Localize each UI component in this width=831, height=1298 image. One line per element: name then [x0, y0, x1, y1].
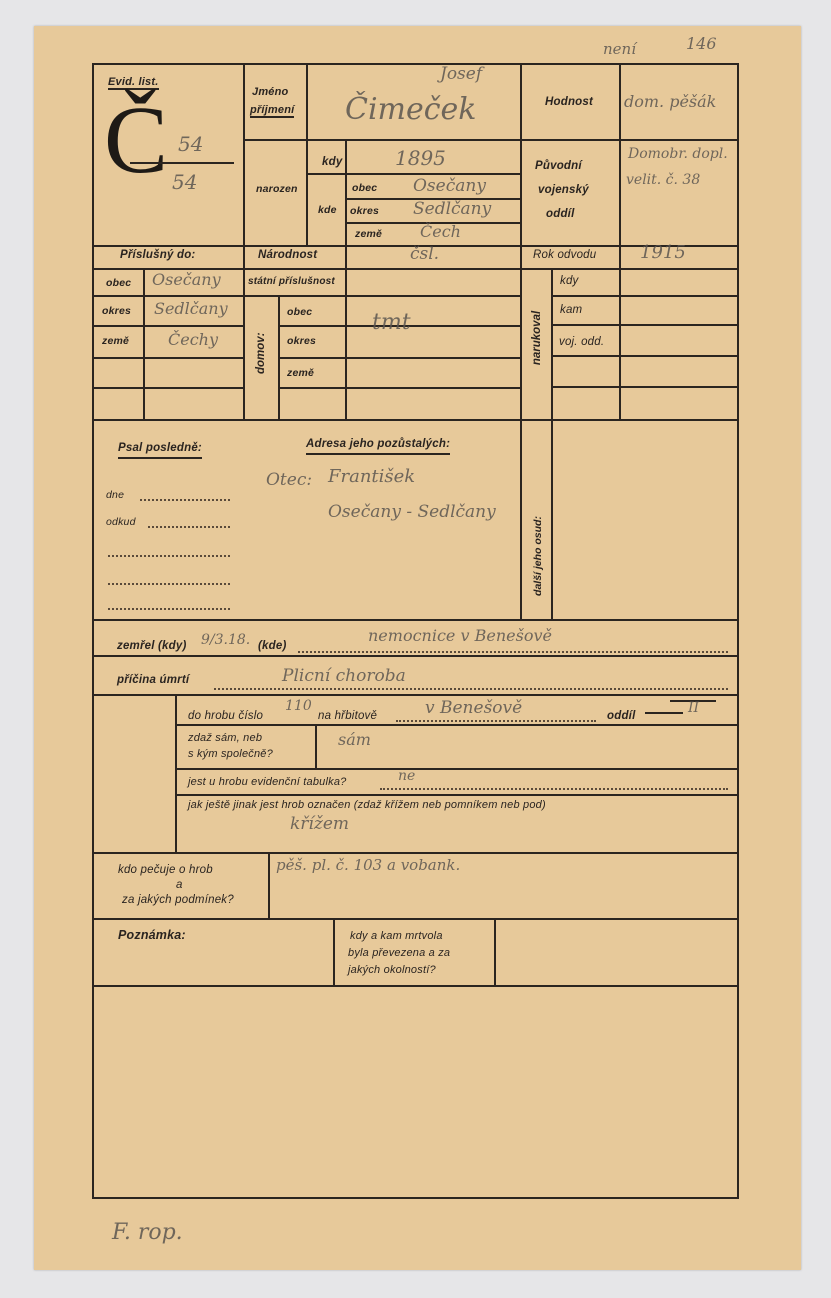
frame-top [92, 63, 739, 65]
frame-left [92, 63, 94, 1199]
tablet-label: jest u hrobu evidenční tabulka? [188, 776, 346, 788]
belonging-okres-value: Sedlčany [154, 299, 228, 318]
divider [345, 245, 347, 419]
died-date-value: 9/3.18. [201, 632, 250, 648]
note-label: Poznámka: [118, 928, 186, 942]
divider [333, 918, 335, 986]
belonging-obec-label: obec [106, 277, 131, 289]
alone-label-2: s kým společně? [188, 748, 273, 760]
last-wrote-date-label: dne [106, 489, 124, 501]
divider [92, 295, 520, 297]
care-label-3: za jakých podmínek? [122, 894, 234, 906]
bottom-note: F. rop. [112, 1220, 183, 1245]
belonging-title: Příslušný do: [120, 249, 195, 261]
section-value: II [688, 700, 699, 716]
care-label-2: a [176, 879, 183, 891]
divider [143, 268, 145, 419]
born-okres-value: Sedlčany [413, 199, 491, 219]
transfer-label-3: jakých okolností? [348, 964, 436, 976]
divider [92, 357, 243, 359]
citizenship-label: státní příslušnost [248, 276, 335, 287]
divider [92, 655, 739, 657]
rank-value: dom. pěšák [624, 92, 716, 111]
fraction-top: 54 [178, 132, 203, 156]
divider [92, 985, 739, 987]
divider [92, 325, 243, 327]
divider [306, 63, 308, 245]
grave-number-label: do hrobu číslo [188, 710, 263, 722]
divider [551, 355, 739, 357]
born-where-label: kde [318, 204, 337, 216]
divider [278, 357, 520, 359]
unit-value-1: Domobr. dopl. [628, 146, 728, 162]
divider [92, 852, 739, 854]
divider [243, 139, 739, 141]
grave-marked-label: jak ještě jinak jest hrob označen (zdaž … [188, 799, 546, 811]
unit-label-3: oddíl [546, 208, 574, 220]
died-where-label: (kde) [258, 640, 286, 652]
cause-label: příčina úmrtí [117, 674, 189, 686]
domov-obec-label: obec [287, 306, 312, 318]
care-label-1: kdo pečuje o hrob [118, 864, 213, 876]
unit-value-2: velit. č. 38 [626, 172, 700, 188]
died-when-label: zemřel (kdy) [117, 640, 187, 652]
dotted-line [396, 720, 596, 722]
dotted-line [214, 688, 728, 690]
domov-okres-label: okres [287, 335, 316, 347]
divider [175, 694, 177, 854]
frame-right [737, 63, 739, 1199]
narukoval-kam-label: kam [560, 304, 582, 316]
born-when-label: kdy [322, 156, 342, 168]
fraction-bottom: 54 [172, 170, 197, 194]
divider [520, 63, 522, 619]
divider [175, 794, 739, 796]
alone-value: sám [338, 730, 371, 749]
registry-letter: Č [104, 92, 168, 188]
unit-label-2: vojenský [538, 184, 589, 196]
unit-label-1: Původní [535, 160, 582, 172]
narukoval-kdy-label: kdy [560, 275, 579, 287]
fate-label: další jeho osud: [532, 506, 544, 606]
nationality-value: čsl. [410, 244, 439, 264]
last-wrote-from-label: odkud [106, 516, 136, 528]
divider [92, 694, 739, 696]
cemetery-value: v Benešově [425, 698, 522, 718]
top-number: 146 [686, 34, 717, 53]
narukoval-unit-label: voj. odd. [559, 336, 604, 348]
transfer-label-1: kdy a kam mrtvola [350, 930, 443, 942]
divider [243, 63, 245, 419]
relatives-title: Adresa jeho pozůstalých: [306, 438, 450, 455]
relative-prefix: Otec: [266, 470, 312, 490]
born-obec-label: obec [352, 182, 377, 194]
divider [92, 918, 739, 920]
divider [175, 768, 739, 770]
last-wrote-title: Psal posledně: [118, 442, 202, 459]
rank-label: Hodnost [545, 96, 593, 108]
relative-address: Osečany - Sedlčany [328, 502, 496, 522]
divider [619, 63, 621, 419]
divider [92, 619, 739, 621]
section-strike [645, 712, 683, 714]
divider [175, 724, 739, 726]
alone-label-1: zdaž sám, neb [188, 732, 262, 744]
born-okres-label: okres [350, 205, 379, 217]
divider [345, 173, 347, 245]
born-obec-value: Osečany [413, 176, 486, 196]
divider [92, 387, 243, 389]
recruit-year-value: 1915 [640, 242, 686, 263]
fraction-bar [130, 162, 234, 164]
divider [551, 386, 739, 388]
frame-bottom [92, 1197, 739, 1199]
domov-zeme-label: země [287, 367, 314, 379]
dotted-line [108, 555, 230, 557]
care-value: pěš. pl. č. 103 a vobank. [276, 856, 460, 874]
surname-value: Čimeček [345, 92, 476, 127]
domov-label: domov: [255, 338, 267, 374]
name-label: Jméno [252, 86, 288, 98]
divider [268, 852, 270, 919]
divider [92, 419, 739, 421]
divider [551, 324, 739, 326]
divider [278, 387, 520, 389]
born-zeme-label: země [355, 228, 382, 240]
divider [315, 724, 317, 770]
surname-label: příjmení [250, 104, 294, 118]
belonging-zeme-value: Čechy [168, 330, 218, 349]
died-place-value: nemocnice v Benešově [368, 626, 552, 645]
narukoval-label: narukoval [531, 293, 543, 383]
first-name-value: Josef [440, 64, 482, 84]
section-label: oddíl [607, 710, 635, 722]
cemetery-label: na hřbitově [318, 710, 377, 722]
recruit-year-label: Rok odvodu [533, 249, 596, 261]
tablet-value: ne [398, 768, 415, 784]
transfer-label-2: byla převezena a za [348, 947, 450, 959]
dotted-line [298, 651, 728, 653]
born-label: narozen [256, 183, 298, 195]
dotted-line [108, 583, 230, 585]
dotted-line [108, 608, 230, 610]
belonging-zeme-label: země [102, 335, 129, 347]
dotted-line [148, 526, 230, 528]
divider [551, 295, 739, 297]
divider [494, 918, 496, 986]
belonging-obec-value: Osečany [152, 270, 221, 289]
born-year-value: 1895 [395, 146, 446, 170]
top-note: není [603, 40, 636, 58]
relative-name: František [328, 466, 415, 487]
born-zeme-value: Čech [420, 222, 461, 241]
grave-number-value: 110 [285, 698, 312, 714]
divider [551, 268, 553, 619]
cause-value: Plicní choroba [282, 666, 406, 686]
divider [306, 173, 520, 175]
nationality-label: Národnost [258, 249, 317, 261]
dotted-line [140, 499, 230, 501]
dotted-line [380, 788, 728, 790]
belonging-okres-label: okres [102, 305, 131, 317]
domov-value: tmt [372, 310, 411, 335]
grave-marked-value: křížem [290, 814, 349, 834]
